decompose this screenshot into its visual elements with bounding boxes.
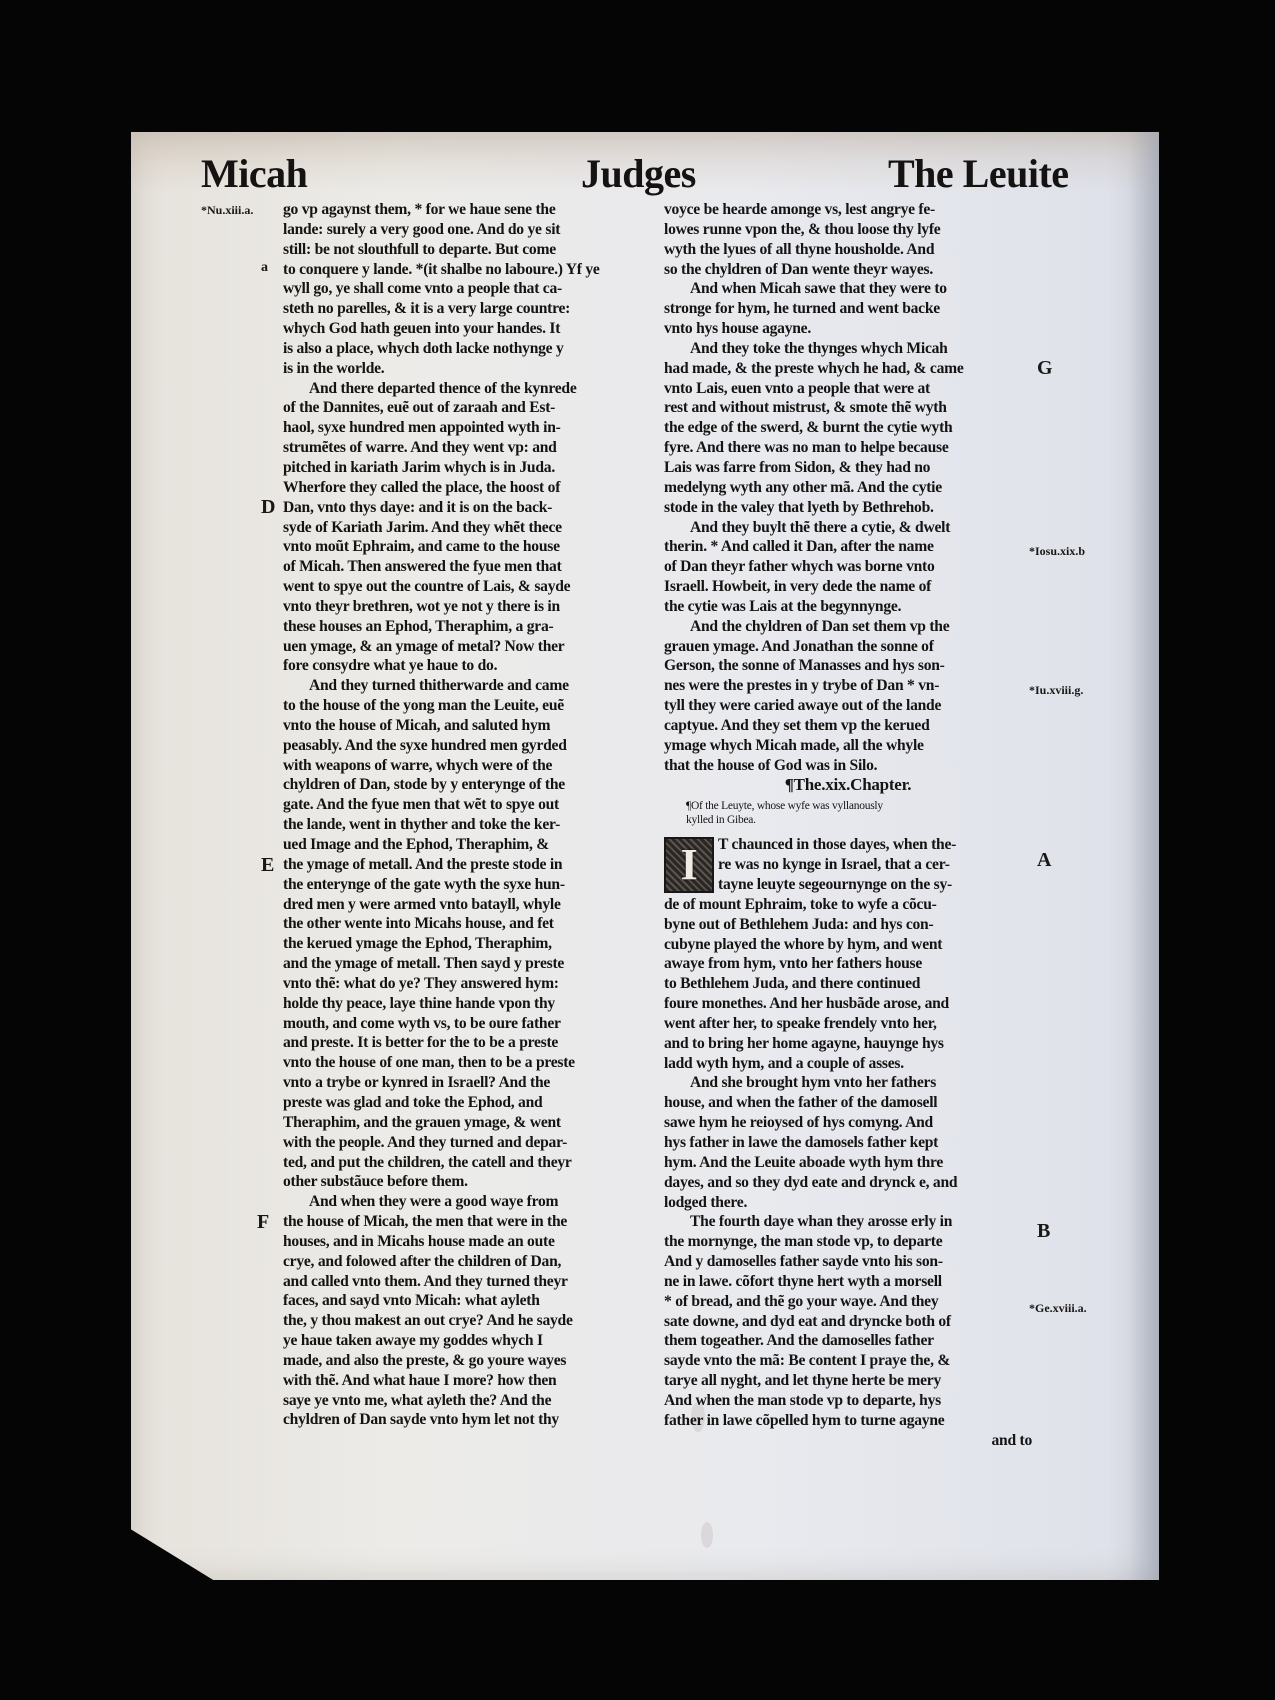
text-line: whych God hath geuen into your handes. I… bbox=[283, 319, 655, 339]
text-line: vnto Lais, euen vnto a people that were … bbox=[664, 379, 1032, 399]
text-line: wyll go, ye shall come vnto a people tha… bbox=[283, 279, 655, 299]
text-line: byne out of Bethlehem Juda: and hys con- bbox=[664, 915, 1032, 935]
text-line: to the house of the yong man the Leuite,… bbox=[283, 696, 655, 716]
text-line: these houses an Ephod, Theraphim, a gra- bbox=[283, 617, 655, 637]
text-line: them togeather. And the damoselles fathe… bbox=[664, 1331, 1032, 1351]
text-line: to conquere y lande. *(it shalbe no labo… bbox=[283, 260, 655, 280]
text-line: haol, syxe hundred men appointed wyth in… bbox=[283, 418, 655, 438]
text-line: Wherfore they called the place, the hoos… bbox=[283, 478, 655, 498]
chapter-summary-line: kylled in Gibea. bbox=[664, 813, 1032, 827]
text-line: saye ye vnto me, what ayleth the? And th… bbox=[283, 1391, 655, 1411]
text-line: sawe hym he reioysed of hys comyng. And bbox=[664, 1113, 1032, 1133]
text-line: And when they were a good waye from bbox=[283, 1192, 655, 1212]
text-line: rest and without mistrust, & smote thẽ w… bbox=[664, 398, 1032, 418]
margin-section-letter: a bbox=[261, 260, 268, 276]
text-line: dred men y were armed vnto batayll, whyl… bbox=[283, 895, 655, 915]
paper-stain bbox=[701, 1522, 713, 1548]
text-line: the house of Micah, the men that were in… bbox=[283, 1212, 655, 1232]
margin-note-crossref: *Iosu.xix.b bbox=[1029, 544, 1085, 559]
text-line: ne in lawe. cõfort thyne hert wyth a mor… bbox=[664, 1272, 1032, 1292]
text-line: * of bread, and thẽ go your waye. And th… bbox=[664, 1292, 1032, 1312]
text-line: awaye from hym, vnto her fathers house bbox=[664, 954, 1032, 974]
text-line: with weapons of warre, whych were of the bbox=[283, 756, 655, 776]
text-line: And she brought hym vnto her fathers bbox=[664, 1073, 1032, 1093]
text-line: Gerson, the sonne of Manasses and hys so… bbox=[664, 656, 1032, 676]
text-line: and preste. It is better for the to be a… bbox=[283, 1033, 655, 1053]
text-line: vnto thẽ: what do ye? They answered hym: bbox=[283, 974, 655, 994]
text-line: the enterynge of the gate wyth the syxe … bbox=[283, 875, 655, 895]
text-line: ued Image and the Ephod, Theraphim, & bbox=[283, 835, 655, 855]
text-line: ymage whych Micah made, all the whyle bbox=[664, 736, 1032, 756]
text-line: vnto hys house agayne. bbox=[664, 319, 1032, 339]
text-line: house, and when the father of the damose… bbox=[664, 1093, 1032, 1113]
margin-note-crossref: *Iu.xviii.g. bbox=[1029, 683, 1083, 698]
text-line: dayes, and so they dyd eate and drynck e… bbox=[664, 1173, 1032, 1193]
text-line: the other wente into Micahs house, and f… bbox=[283, 914, 655, 934]
chapter-xix-opening: I T chaunced in those dayes, when the- r… bbox=[664, 835, 1032, 895]
catchword: and to bbox=[664, 1431, 1032, 1451]
text-line: so the chyldren of Dan wente theyr wayes… bbox=[664, 260, 1032, 280]
text-line: went after her, to speake frendely vnto … bbox=[664, 1014, 1032, 1034]
chapter-heading: ¶The.xix.Chapter. bbox=[664, 775, 1032, 795]
margin-section-letter: G bbox=[1037, 357, 1053, 380]
text-line: tyll they were caried awaye out of the l… bbox=[664, 696, 1032, 716]
text-line: foure monethes. And her husbãde arose, a… bbox=[664, 994, 1032, 1014]
text-line: preste was glad and toke the Ephod, and bbox=[283, 1093, 655, 1113]
text-line: re was no kynge in Israel, that a cer- bbox=[664, 855, 1032, 875]
text-line: of Micah. Then answered the fyue men tha… bbox=[283, 557, 655, 577]
text-line: therin. * And called it Dan, after the n… bbox=[664, 537, 1032, 557]
text-line: And they turned thitherwarde and came bbox=[283, 676, 655, 696]
text-line: Theraphim, and the grauen ymage, & went bbox=[283, 1113, 655, 1133]
text-line: of Dan theyr father whych was borne vnto bbox=[664, 557, 1032, 577]
text-line: medelyng wyth any other mã. And the cyti… bbox=[664, 478, 1032, 498]
chapter-summary-line: ¶Of the Leuyte, whose wyfe was vyllanous… bbox=[664, 799, 1032, 813]
text-line: is also a place, whych doth lacke nothyn… bbox=[283, 339, 655, 359]
text-line: Israell. Howbeit, in very dede the name … bbox=[664, 577, 1032, 597]
text-line: Lais was farre from Sidon, & they had no bbox=[664, 458, 1032, 478]
text-line: still: be not slouthfull to departe. But… bbox=[283, 240, 655, 260]
text-line: chyldren of Dan, stode by y enterynge of… bbox=[283, 775, 655, 795]
text-line: sayde vnto the mã: Be content I praye th… bbox=[664, 1351, 1032, 1371]
text-line: vnto the house of Micah, and saluted hym bbox=[283, 716, 655, 736]
text-line: crye, and folowed after the children of … bbox=[283, 1252, 655, 1272]
chapter-xviii-text: voyce be hearde amonge vs, lest angrye f… bbox=[664, 200, 1032, 775]
text-line: with thẽ. And what haue I more? how then bbox=[283, 1371, 655, 1391]
text-line: stode in the valey that lyeth by Bethreh… bbox=[664, 498, 1032, 518]
text-line: the cytie was Lais at the begynnynge. bbox=[664, 597, 1032, 617]
text-line: other substãuce before them. bbox=[283, 1172, 655, 1192]
text-line: hys father in lawe the damosels father k… bbox=[664, 1133, 1032, 1153]
text-line: and to bring her home agayne, hauynge hy… bbox=[664, 1034, 1032, 1054]
text-line: the ymage of metall. And the preste stod… bbox=[283, 855, 655, 875]
text-line: vnto the house of one man, then to be a … bbox=[283, 1053, 655, 1073]
chapter-xix-text: de of mount Ephraim, toke to wyfe a cõcu… bbox=[664, 895, 1032, 1431]
running-head-left: Micah bbox=[201, 150, 307, 197]
text-line: uen ymage, & an ymage of metal? Now ther bbox=[283, 637, 655, 657]
text-line: peasably. And the syxe hundred men gyrde… bbox=[283, 736, 655, 756]
text-line: the mornynge, the man stode vp, to depar… bbox=[664, 1232, 1032, 1252]
text-line: father in lawe cõpelled hym to turne aga… bbox=[664, 1411, 1032, 1431]
text-line: ladd wyth hym, and a couple of asses. bbox=[664, 1054, 1032, 1074]
text-line: of the Dannites, euẽ out of zaraah and E… bbox=[283, 398, 655, 418]
text-line: made, and also the preste, & go youre wa… bbox=[283, 1351, 655, 1371]
text-line: and called vnto them. And they turned th… bbox=[283, 1272, 655, 1292]
text-line: fyre. And there was no man to helpe beca… bbox=[664, 438, 1032, 458]
text-line: lowes runne vpon the, & thou loose thy l… bbox=[664, 220, 1032, 240]
book-page: Micah Judges The Leuite *Nu.xiii.a. a D … bbox=[131, 132, 1159, 1580]
text-line: that the house of God was in Silo. bbox=[664, 756, 1032, 776]
text-line: And the chyldren of Dan set them vp the bbox=[664, 617, 1032, 637]
text-line: the, y thou makest an out crye? And he s… bbox=[283, 1311, 655, 1331]
text-line: The fourth daye whan they arosse erly in bbox=[664, 1212, 1032, 1232]
text-line: pitched in kariath Jarim whych is in Jud… bbox=[283, 458, 655, 478]
text-line: And there departed thence of the kynrede bbox=[283, 379, 655, 399]
text-line: tarye all nyght, and let thyne herte be … bbox=[664, 1371, 1032, 1391]
text-line: Dan, vnto thys daye: and it is on the ba… bbox=[283, 498, 655, 518]
running-head-center: Judges bbox=[581, 150, 696, 197]
text-line: strumẽtes of warre. And they went vp: an… bbox=[283, 438, 655, 458]
text-line: grauen ymage. And Jonathan the sonne of bbox=[664, 637, 1032, 657]
text-line: sate downe, and dyd eat and dryncke both… bbox=[664, 1312, 1032, 1332]
text-line: ye haue taken awaye my goddes whych I bbox=[283, 1331, 655, 1351]
margin-section-letter: D bbox=[261, 496, 275, 519]
margin-note-crossref: *Ge.xviii.a. bbox=[1029, 1301, 1087, 1316]
text-line: fore consydre what ye haue to do. bbox=[283, 656, 655, 676]
left-text-column: go vp agaynst them, * for we haue sene t… bbox=[283, 200, 655, 1430]
text-line: syde of Kariath Jarim. And they whẽt the… bbox=[283, 518, 655, 538]
text-line: lodged there. bbox=[664, 1193, 1032, 1213]
text-line: go vp agaynst them, * for we haue sene t… bbox=[283, 200, 655, 220]
margin-note-crossref: *Nu.xiii.a. bbox=[201, 203, 253, 218]
text-line: tayne leuyte segeournynge on the sy- bbox=[664, 875, 1032, 895]
text-line: cubyne played the whore by hym, and went bbox=[664, 935, 1032, 955]
text-line: chyldren of Dan sayde vnto hym let not t… bbox=[283, 1410, 655, 1430]
text-line: And they toke the thynges whych Micah bbox=[664, 339, 1032, 359]
text-line: And y damoselles father sayde vnto his s… bbox=[664, 1252, 1032, 1272]
text-line: And they buylt thẽ there a cytie, & dwel… bbox=[664, 518, 1032, 538]
margin-section-letter: A bbox=[1037, 849, 1051, 872]
text-line: vnto theyr brethren, wot ye not y there … bbox=[283, 597, 655, 617]
text-line: captyue. And they set them vp the kerued bbox=[664, 716, 1032, 736]
text-line: the lande, went in thyther and toke the … bbox=[283, 815, 655, 835]
text-line: vnto a trybe or kynred in Israell? And t… bbox=[283, 1073, 655, 1093]
text-line: is in the worlde. bbox=[283, 359, 655, 379]
text-line: de of mount Ephraim, toke to wyfe a cõcu… bbox=[664, 895, 1032, 915]
text-line: T chaunced in those dayes, when the- bbox=[664, 835, 1032, 855]
text-line: to Bethlehem Juda, and there continued bbox=[664, 974, 1032, 994]
text-line: vnto moũt Ephraim, and came to the house bbox=[283, 537, 655, 557]
margin-section-letter: F bbox=[257, 1211, 269, 1234]
text-line: steth no parelles, & it is a very large … bbox=[283, 299, 655, 319]
text-line: had made, & the preste whych he had, & c… bbox=[664, 359, 1032, 379]
text-line: voyce be hearde amonge vs, lest angrye f… bbox=[664, 200, 1032, 220]
margin-section-letter: B bbox=[1037, 1220, 1050, 1243]
text-line: houses, and in Micahs house made an oute bbox=[283, 1232, 655, 1252]
text-line: And when Micah sawe that they were to bbox=[664, 279, 1032, 299]
text-line: faces, and sayd vnto Micah: what ayleth bbox=[283, 1291, 655, 1311]
text-line: and the ymage of metall. Then sayd y pre… bbox=[283, 954, 655, 974]
text-line: And when the man stode vp to departe, hy… bbox=[664, 1391, 1032, 1411]
margin-section-letter: E bbox=[261, 854, 274, 877]
text-line: the kerued ymage the Ephod, Theraphim, bbox=[283, 934, 655, 954]
text-line: stronge for hym, he turned and went back… bbox=[664, 299, 1032, 319]
running-head-right: The Leuite bbox=[888, 150, 1069, 197]
text-line: the edge of the swerd, & burnt the cytie… bbox=[664, 418, 1032, 438]
ornamental-initial: I bbox=[664, 837, 714, 893]
text-line: went to spye out the countre of Lais, & … bbox=[283, 577, 655, 597]
text-line: hym. And the Leuite aboade wyth hym thre bbox=[664, 1153, 1032, 1173]
right-text-column: voyce be hearde amonge vs, lest angrye f… bbox=[664, 200, 1032, 1450]
text-line: holde thy peace, laye thine hande vpon t… bbox=[283, 994, 655, 1014]
text-line: ted, and put the children, the catell an… bbox=[283, 1153, 655, 1173]
text-line: gate. And the fyue men that wẽt to spye … bbox=[283, 795, 655, 815]
text-line: with the people. And they turned and dep… bbox=[283, 1133, 655, 1153]
text-line: lande: surely a very good one. And do ye… bbox=[283, 220, 655, 240]
text-line: nes were the prestes in y trybe of Dan *… bbox=[664, 676, 1032, 696]
text-line: wyth the lyues of all thyne housholde. A… bbox=[664, 240, 1032, 260]
text-line: mouth, and come wyth vs, to be oure fath… bbox=[283, 1014, 655, 1034]
